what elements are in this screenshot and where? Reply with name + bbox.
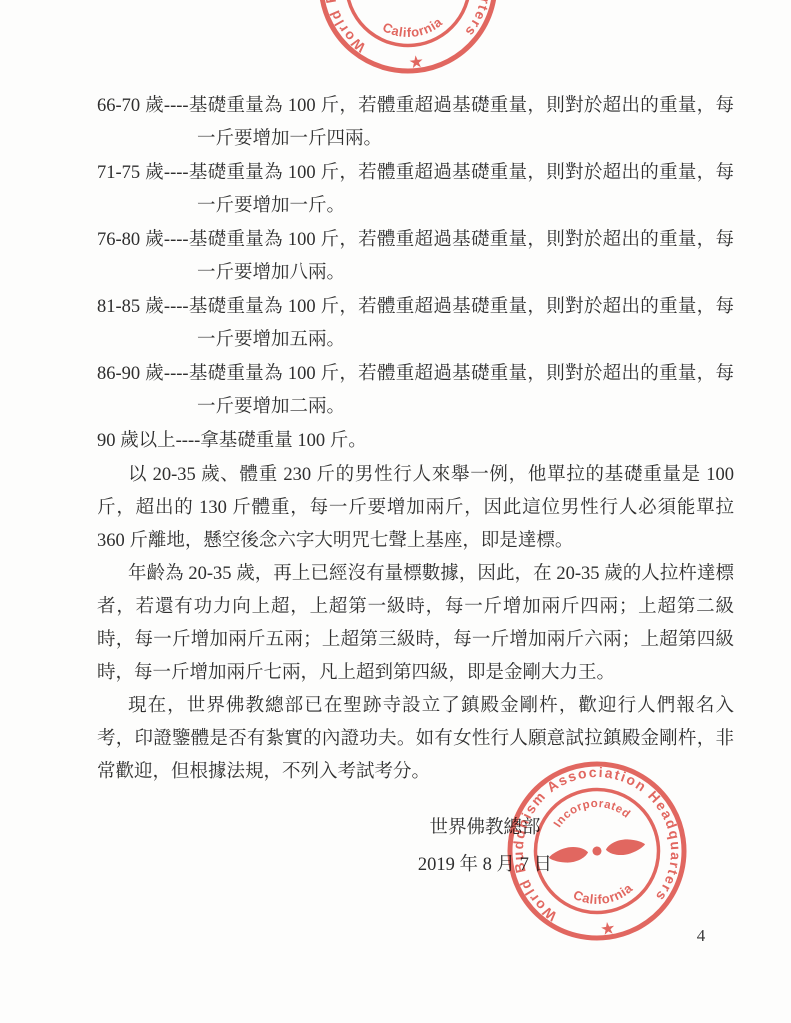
age-weight-entry: 81-85 歲----基礎重量為 100 斤，若體重超過基礎重量，則對於超出的重…: [97, 291, 734, 357]
body-paragraph: 年齡為 20-35 歲，再上已經沒有量標數據，因此，在 20-35 歲的人拉杵達…: [97, 558, 734, 690]
age-weight-entry: 71-75 歲----基礎重量為 100 斤，若體重超過基礎重量，則對於超出的重…: [97, 157, 734, 223]
vajra-icon: [548, 837, 646, 866]
body-paragraph: 以 20-35 歲、體重 230 斤的男性行人來舉一例，他單拉的基礎重量是 10…: [97, 459, 734, 558]
age-weight-entry: 90 歲以上----拿基礎重量 100 斤。: [97, 425, 734, 458]
page-number: 4: [686, 926, 716, 946]
document-page: World Buddhism Association Headquarters …: [0, 0, 791, 1023]
age-weight-entry: 66-70 歲----基礎重量為 100 斤，若體重超過基礎重量，則對於超出的重…: [97, 90, 734, 156]
star-icon: ★: [599, 918, 617, 939]
document-body: 66-70 歲----基礎重量為 100 斤，若體重超過基礎重量，則對於超出的重…: [97, 90, 734, 789]
star-icon: ★: [408, 52, 425, 72]
age-weight-entry: 86-90 歲----基礎重量為 100 斤，若體重超過基礎重量，則對於超出的重…: [97, 358, 734, 424]
headquarters-stamp: World Buddhism Association Headquarters …: [487, 741, 707, 961]
headquarters-stamp-top: World Buddhism Association Headquarters …: [298, 0, 518, 94]
age-weight-entry: 76-80 歲----基礎重量為 100 斤，若體重超過基礎重量，則對於超出的重…: [97, 224, 734, 290]
